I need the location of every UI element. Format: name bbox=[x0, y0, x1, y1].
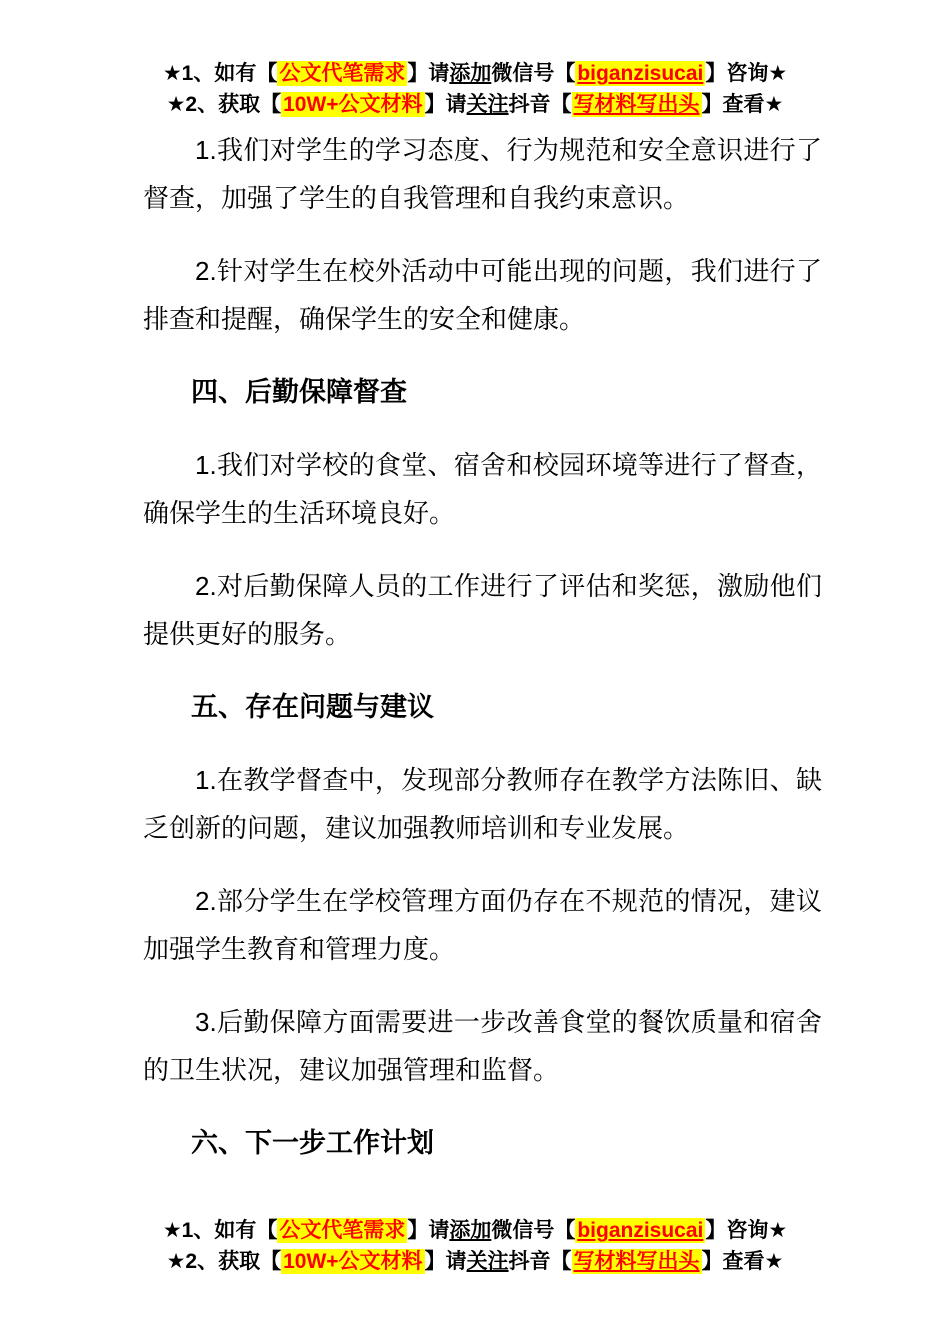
promo-banner-bottom: ★1、如有【公文代笔需求】请添加微信号【biganzisucai】咨询★ ★2、… bbox=[0, 1215, 950, 1277]
paragraph: 1.在教学督查中，发现部分教师存在教学方法陈旧、缺乏创新的问题，建议加强教师培训… bbox=[143, 756, 822, 852]
promo-highlight-materials: 10W+公文材料 bbox=[281, 92, 424, 117]
promo-wechat-id: biganzisucai bbox=[575, 1218, 705, 1243]
promo-text: 】查看★ bbox=[702, 1250, 784, 1273]
section-heading-5: 五、存在问题与建议 bbox=[143, 683, 822, 731]
promo-text: 】咨询★ bbox=[705, 62, 787, 85]
promo-text: 】请 bbox=[407, 62, 449, 85]
promo-text: 微信号【 bbox=[491, 1219, 575, 1242]
promo-underline-follow: 关注 bbox=[467, 93, 509, 116]
promo-underline-add: 添加 bbox=[449, 1219, 491, 1242]
paragraph: 3.后勤保障方面需要进一步改善食堂的餐饮质量和宿舍的卫生状况，建议加强管理和监督… bbox=[143, 998, 822, 1094]
promo-highlight-materials: 10W+公文材料 bbox=[281, 1249, 424, 1274]
promo-text: ★1、如有【 bbox=[163, 62, 278, 85]
document-body: 1.我们对学生的学习态度、行为规范和安全意识进行了督查，加强了学生的自我管理和自… bbox=[0, 126, 950, 1167]
promo-text: 微信号【 bbox=[491, 62, 575, 85]
promo-line-1: ★1、如有【公文代笔需求】请添加微信号【biganzisucai】咨询★ bbox=[0, 1215, 950, 1246]
section-heading-4: 四、后勤保障督查 bbox=[143, 368, 822, 416]
promo-banner-top: ★1、如有【公文代笔需求】请添加微信号【biganzisucai】咨询★ ★2、… bbox=[0, 58, 950, 120]
promo-underline-add: 添加 bbox=[449, 62, 491, 85]
promo-douyin-id: 写材料写出头 bbox=[572, 92, 702, 117]
promo-text: 】请 bbox=[407, 1219, 449, 1242]
document-page: ★1、如有【公文代笔需求】请添加微信号【biganzisucai】咨询★ ★2、… bbox=[0, 0, 950, 1344]
promo-text: 】请 bbox=[425, 1250, 467, 1273]
promo-text: ★2、获取【 bbox=[167, 1250, 282, 1273]
promo-douyin-id: 写材料写出头 bbox=[572, 1249, 702, 1274]
promo-line-2: ★2、获取【10W+公文材料】请关注抖音【写材料写出头】查看★ bbox=[0, 89, 950, 120]
promo-text: ★2、获取【 bbox=[167, 93, 282, 116]
paragraph: 2.对后勤保障人员的工作进行了评估和奖惩，激励他们提供更好的服务。 bbox=[143, 562, 822, 658]
promo-highlight-service: 公文代笔需求 bbox=[277, 61, 407, 86]
paragraph: 2.部分学生在学校管理方面仍存在不规范的情况，建议加强学生教育和管理力度。 bbox=[143, 877, 822, 973]
paragraph: 2.针对学生在校外活动中可能出现的问题，我们进行了排查和提醒，确保学生的安全和健… bbox=[143, 247, 822, 343]
promo-highlight-service: 公文代笔需求 bbox=[277, 1218, 407, 1243]
paragraph: 1.我们对学校的食堂、宿舍和校园环境等进行了督查，确保学生的生活环境良好。 bbox=[143, 441, 822, 537]
promo-wechat-id: biganzisucai bbox=[575, 61, 705, 86]
promo-line-1: ★1、如有【公文代笔需求】请添加微信号【biganzisucai】咨询★ bbox=[0, 58, 950, 89]
promo-line-2: ★2、获取【10W+公文材料】请关注抖音【写材料写出头】查看★ bbox=[0, 1246, 950, 1277]
promo-underline-follow: 关注 bbox=[467, 1250, 509, 1273]
promo-text: 抖音【 bbox=[509, 93, 572, 116]
promo-text: 】咨询★ bbox=[705, 1219, 787, 1242]
promo-text: 】请 bbox=[425, 93, 467, 116]
promo-text: ★1、如有【 bbox=[163, 1219, 278, 1242]
paragraph: 1.我们对学生的学习态度、行为规范和安全意识进行了督查，加强了学生的自我管理和自… bbox=[143, 126, 822, 222]
promo-text: 】查看★ bbox=[702, 93, 784, 116]
promo-text: 抖音【 bbox=[509, 1250, 572, 1273]
section-heading-6: 六、下一步工作计划 bbox=[143, 1119, 822, 1167]
